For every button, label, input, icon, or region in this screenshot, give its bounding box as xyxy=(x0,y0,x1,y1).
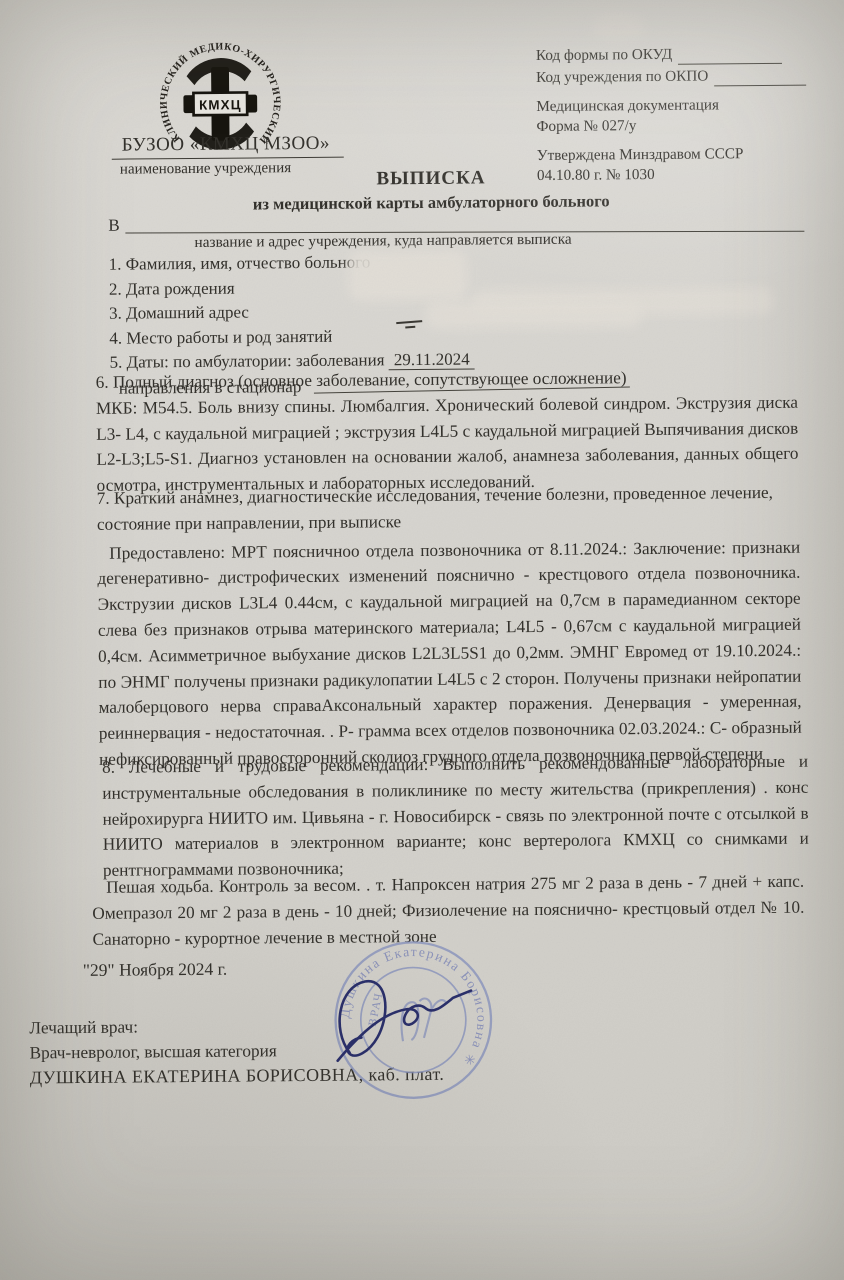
section-7-heading: 7. Краткий анамнез, диагностические иссл… xyxy=(97,480,800,538)
approved-line1: Утверждена Минздравом СССР xyxy=(537,144,817,166)
org-name: БУЗОО «КМХЦ МЗОО» xyxy=(112,133,344,160)
doc-type-line1: Медицинская документация xyxy=(536,95,816,117)
redaction-patch xyxy=(349,250,467,301)
okud-blank-line xyxy=(678,48,782,65)
addressee-blank-line xyxy=(126,213,805,234)
section-diagnosis: 6. Полный диагноз (основное заболевание,… xyxy=(96,364,799,499)
okud-label: Код формы по ОКУД xyxy=(536,45,673,66)
form-codes-block: Код формы по ОКУД Код учреждения по ОКПО… xyxy=(536,44,817,186)
doc-type-line2: Форма № 027/у xyxy=(536,115,816,137)
document-photo: КЛИНИЧЕСКИЙ МЕДИКО-ХИРУРГИЧЕСКИЙ ЦЕНТР К… xyxy=(0,0,844,1280)
okpo-blank-line xyxy=(714,69,806,86)
okpo-label: Код учреждения по ОКПО xyxy=(536,66,708,88)
section-7-body: Предоставлено: МРТ поясничноо отдела поз… xyxy=(97,534,802,772)
logo-center-text: КМХЦ xyxy=(199,97,242,112)
redaction-patch xyxy=(593,12,645,42)
issue-date: "29" Ноября 2024 г. xyxy=(83,959,227,981)
section-recommendations: 8. Лечебные и трудовые рекомендации: Вып… xyxy=(102,749,809,884)
document-title: ВЫПИСКА xyxy=(136,165,726,192)
doctor-signature xyxy=(319,953,500,1080)
redaction-patch xyxy=(425,299,641,329)
paper-sheet: КЛИНИЧЕСКИЙ МЕДИКО-ХИРУРГИЧЕСКИЙ ЦЕНТР К… xyxy=(0,0,844,1280)
section-anamnesis: 7. Краткий анамнез, диагностические иссл… xyxy=(97,480,802,773)
addressee-prefix: В xyxy=(108,216,120,236)
